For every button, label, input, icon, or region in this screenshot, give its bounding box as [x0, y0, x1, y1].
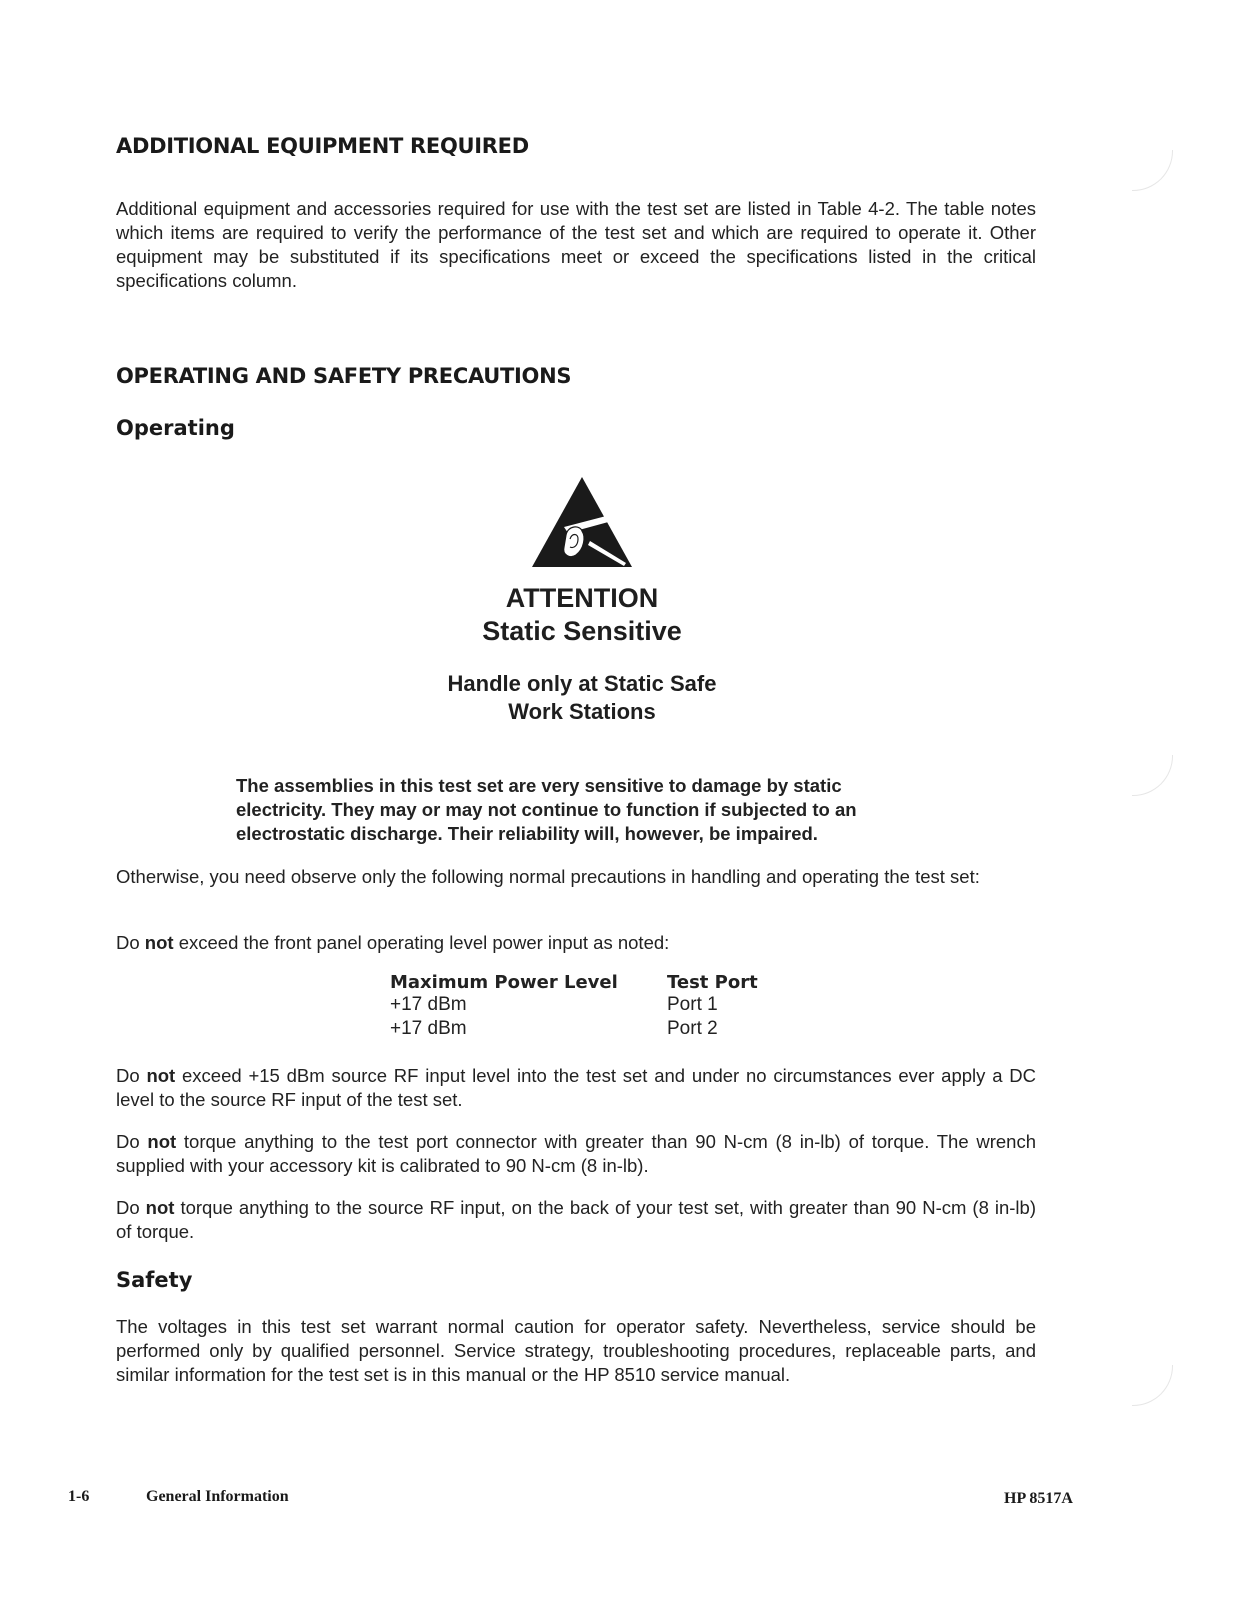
footer-page-number: 1-6 — [68, 1488, 89, 1506]
power-note: Do not exceed the front panel operating … — [116, 931, 1036, 955]
note-test-port-torque: Do not torque anything to the test port … — [116, 1130, 1036, 1178]
heading-additional-equipment: ADDITIONAL EQUIPMENT REQUIRED — [116, 134, 529, 158]
table-row: +17 dBm Port 2 — [390, 1017, 790, 1041]
binder-hole-mark — [1132, 150, 1173, 191]
footer-model: HP 8517A — [1004, 1490, 1073, 1508]
note-rf-input-torque: Do not torque anything to the source RF … — [116, 1196, 1036, 1244]
cell-port: Port 1 — [667, 993, 718, 1017]
note-bold: not — [146, 1065, 175, 1086]
paragraph-safety: The voltages in this test set warrant no… — [116, 1315, 1036, 1387]
paragraph-additional-equipment: Additional equipment and accessories req… — [116, 197, 1036, 293]
note-prefix: Do — [116, 1065, 146, 1086]
note-suffix: torque anything to the source RF input, … — [116, 1197, 1036, 1242]
footer-section: General Information — [146, 1488, 289, 1506]
note-prefix: Do — [116, 1131, 147, 1152]
esd-handle-line2: Work Stations — [382, 698, 782, 726]
esd-title-line1: ATTENTION — [382, 582, 782, 615]
esd-title-line2: Static Sensitive — [382, 615, 782, 648]
esd-handle-line1: Handle only at Static Safe — [382, 670, 782, 698]
header-test-port: Test Port — [667, 972, 758, 993]
note-prefix: Do — [116, 1197, 146, 1218]
esd-handle-note: Handle only at Static Safe Work Stations — [382, 670, 782, 726]
note-rf-input-level: Do not exceed +15 dBm source RF input le… — [116, 1064, 1036, 1112]
power-table-header: Maximum Power Level Test Port — [390, 972, 790, 993]
esd-warning-icon — [528, 475, 636, 569]
note-bold: not — [147, 1131, 176, 1152]
header-max-power: Maximum Power Level — [390, 972, 667, 993]
cell-port: Port 2 — [667, 1017, 718, 1041]
note-suffix: exceed +15 dBm source RF input level int… — [116, 1065, 1036, 1110]
paragraph-precautions-intro: Otherwise, you need observe only the fol… — [116, 865, 1036, 889]
power-note-bold: not — [145, 932, 174, 953]
cell-power: +17 dBm — [390, 993, 667, 1017]
subheading-operating: Operating — [116, 416, 235, 440]
power-note-suffix: exceed the front panel operating level p… — [174, 932, 670, 953]
note-bold: not — [146, 1197, 175, 1218]
power-table: Maximum Power Level Test Port +17 dBm Po… — [390, 972, 790, 1041]
binder-hole-mark — [1132, 1365, 1173, 1406]
binder-hole-mark — [1132, 755, 1173, 796]
subheading-safety: Safety — [116, 1268, 192, 1292]
cell-power: +17 dBm — [390, 1017, 667, 1041]
note-suffix: torque anything to the test port connect… — [116, 1131, 1036, 1176]
esd-warning-text: The assemblies in this test set are very… — [236, 774, 926, 846]
power-note-prefix: Do — [116, 932, 145, 953]
esd-title: ATTENTION Static Sensitive — [382, 582, 782, 648]
heading-precautions: OPERATING AND SAFETY PRECAUTIONS — [116, 364, 571, 388]
table-row: +17 dBm Port 1 — [390, 993, 790, 1017]
